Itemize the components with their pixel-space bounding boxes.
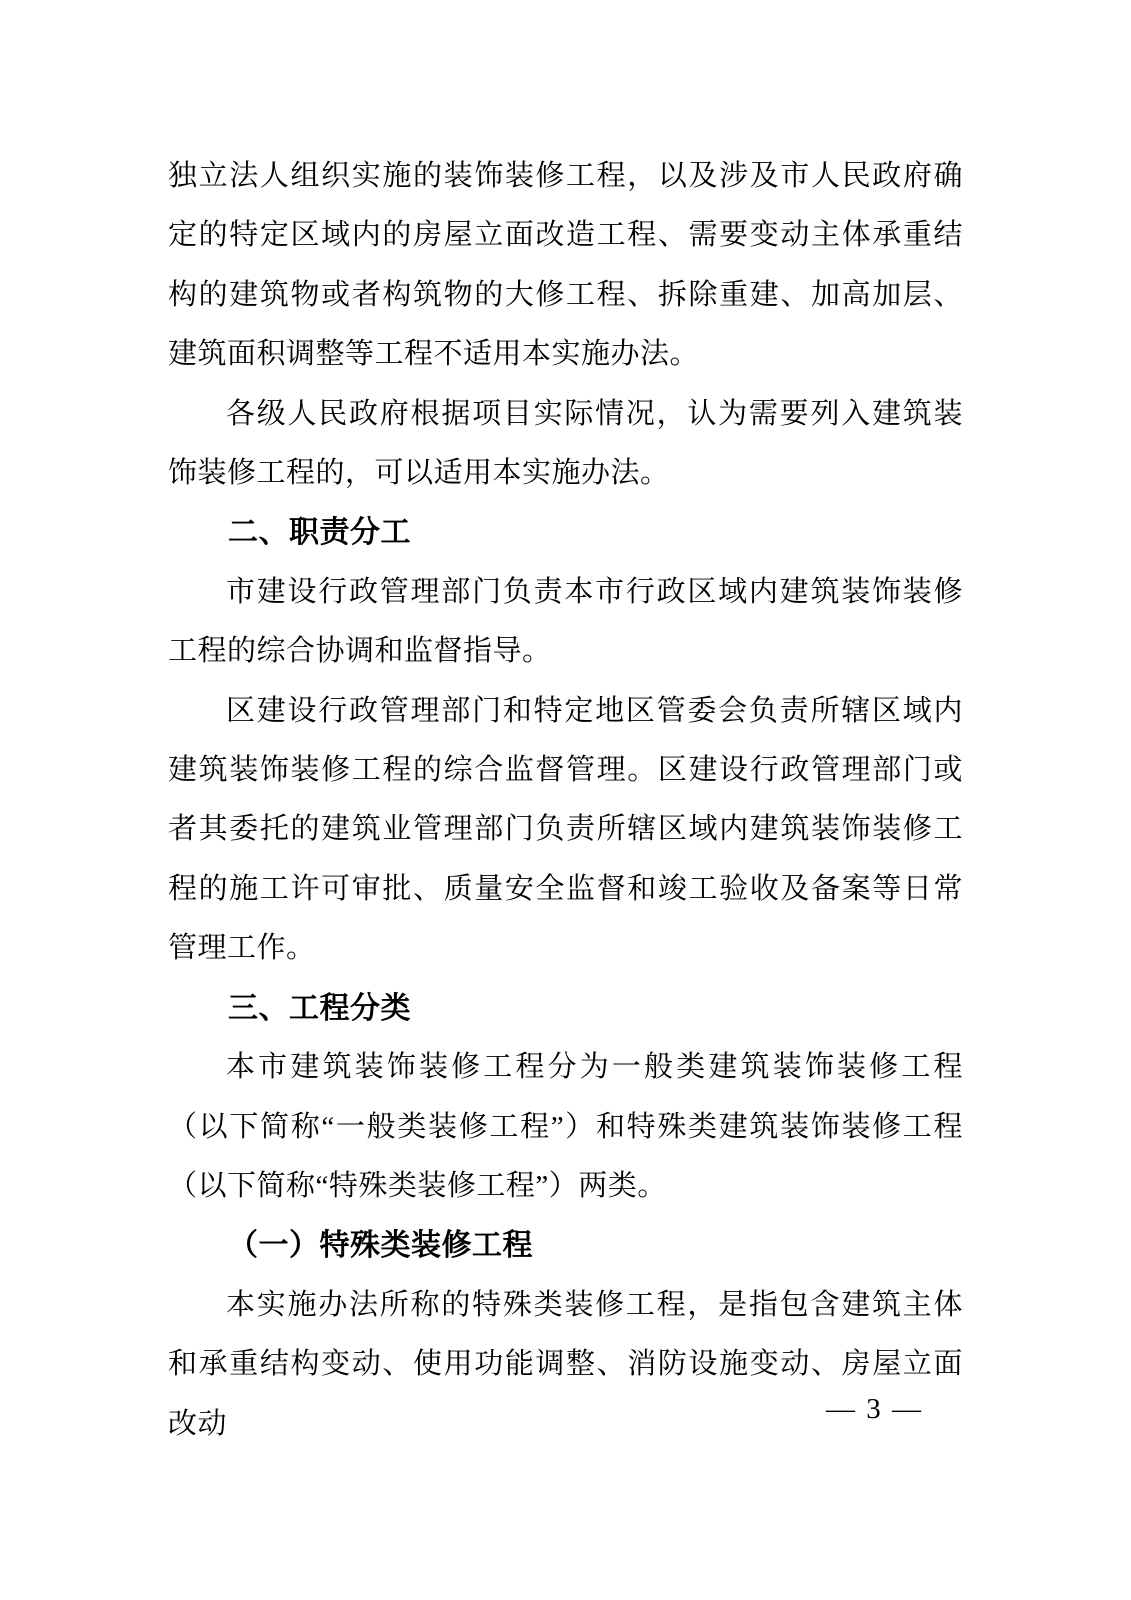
document-page: 独立法人组织实施的装饰装修工程，以及涉及市人民政府确定的特定区域内的房屋立面改造… [0, 0, 1131, 1600]
body-paragraph-two-categories: 本市建筑装饰装修工程分为一般类建筑装饰装修工程（以下简称“一般类装修工程”）和特… [168, 1038, 963, 1216]
body-paragraph-city-dept: 市建设行政管理部门负责本市行政区域内建筑装饰装修工程的综合协调和监督指导。 [168, 563, 963, 682]
body-paragraph-continuation: 独立法人组织实施的装饰装修工程，以及涉及市人民政府确定的特定区域内的房屋立面改造… [168, 147, 963, 385]
body-paragraph-district-dept: 区建设行政管理部门和特定地区管委会负责所辖区域内建筑装饰装修工程的综合监督管理。… [168, 682, 963, 979]
body-paragraph-applicability: 各级人民政府根据项目实际情况，认为需要列入建筑装饰装修工程的，可以适用本实施办法… [168, 385, 963, 504]
body-paragraph-special-definition: 本实施办法所称的特殊类装修工程，是指包含建筑主体和承重结构变动、使用功能调整、消… [168, 1276, 963, 1454]
sub-heading-special-category: （一）特殊类装修工程 [168, 1216, 963, 1275]
section-heading-2-duties: 二、职责分工 [168, 503, 963, 562]
page-number: — 3 — [826, 1392, 923, 1426]
document-body: 独立法人组织实施的装饰装修工程，以及涉及市人民政府确定的特定区域内的房屋立面改造… [168, 147, 963, 1454]
section-heading-3-classification: 三、工程分类 [168, 979, 963, 1038]
